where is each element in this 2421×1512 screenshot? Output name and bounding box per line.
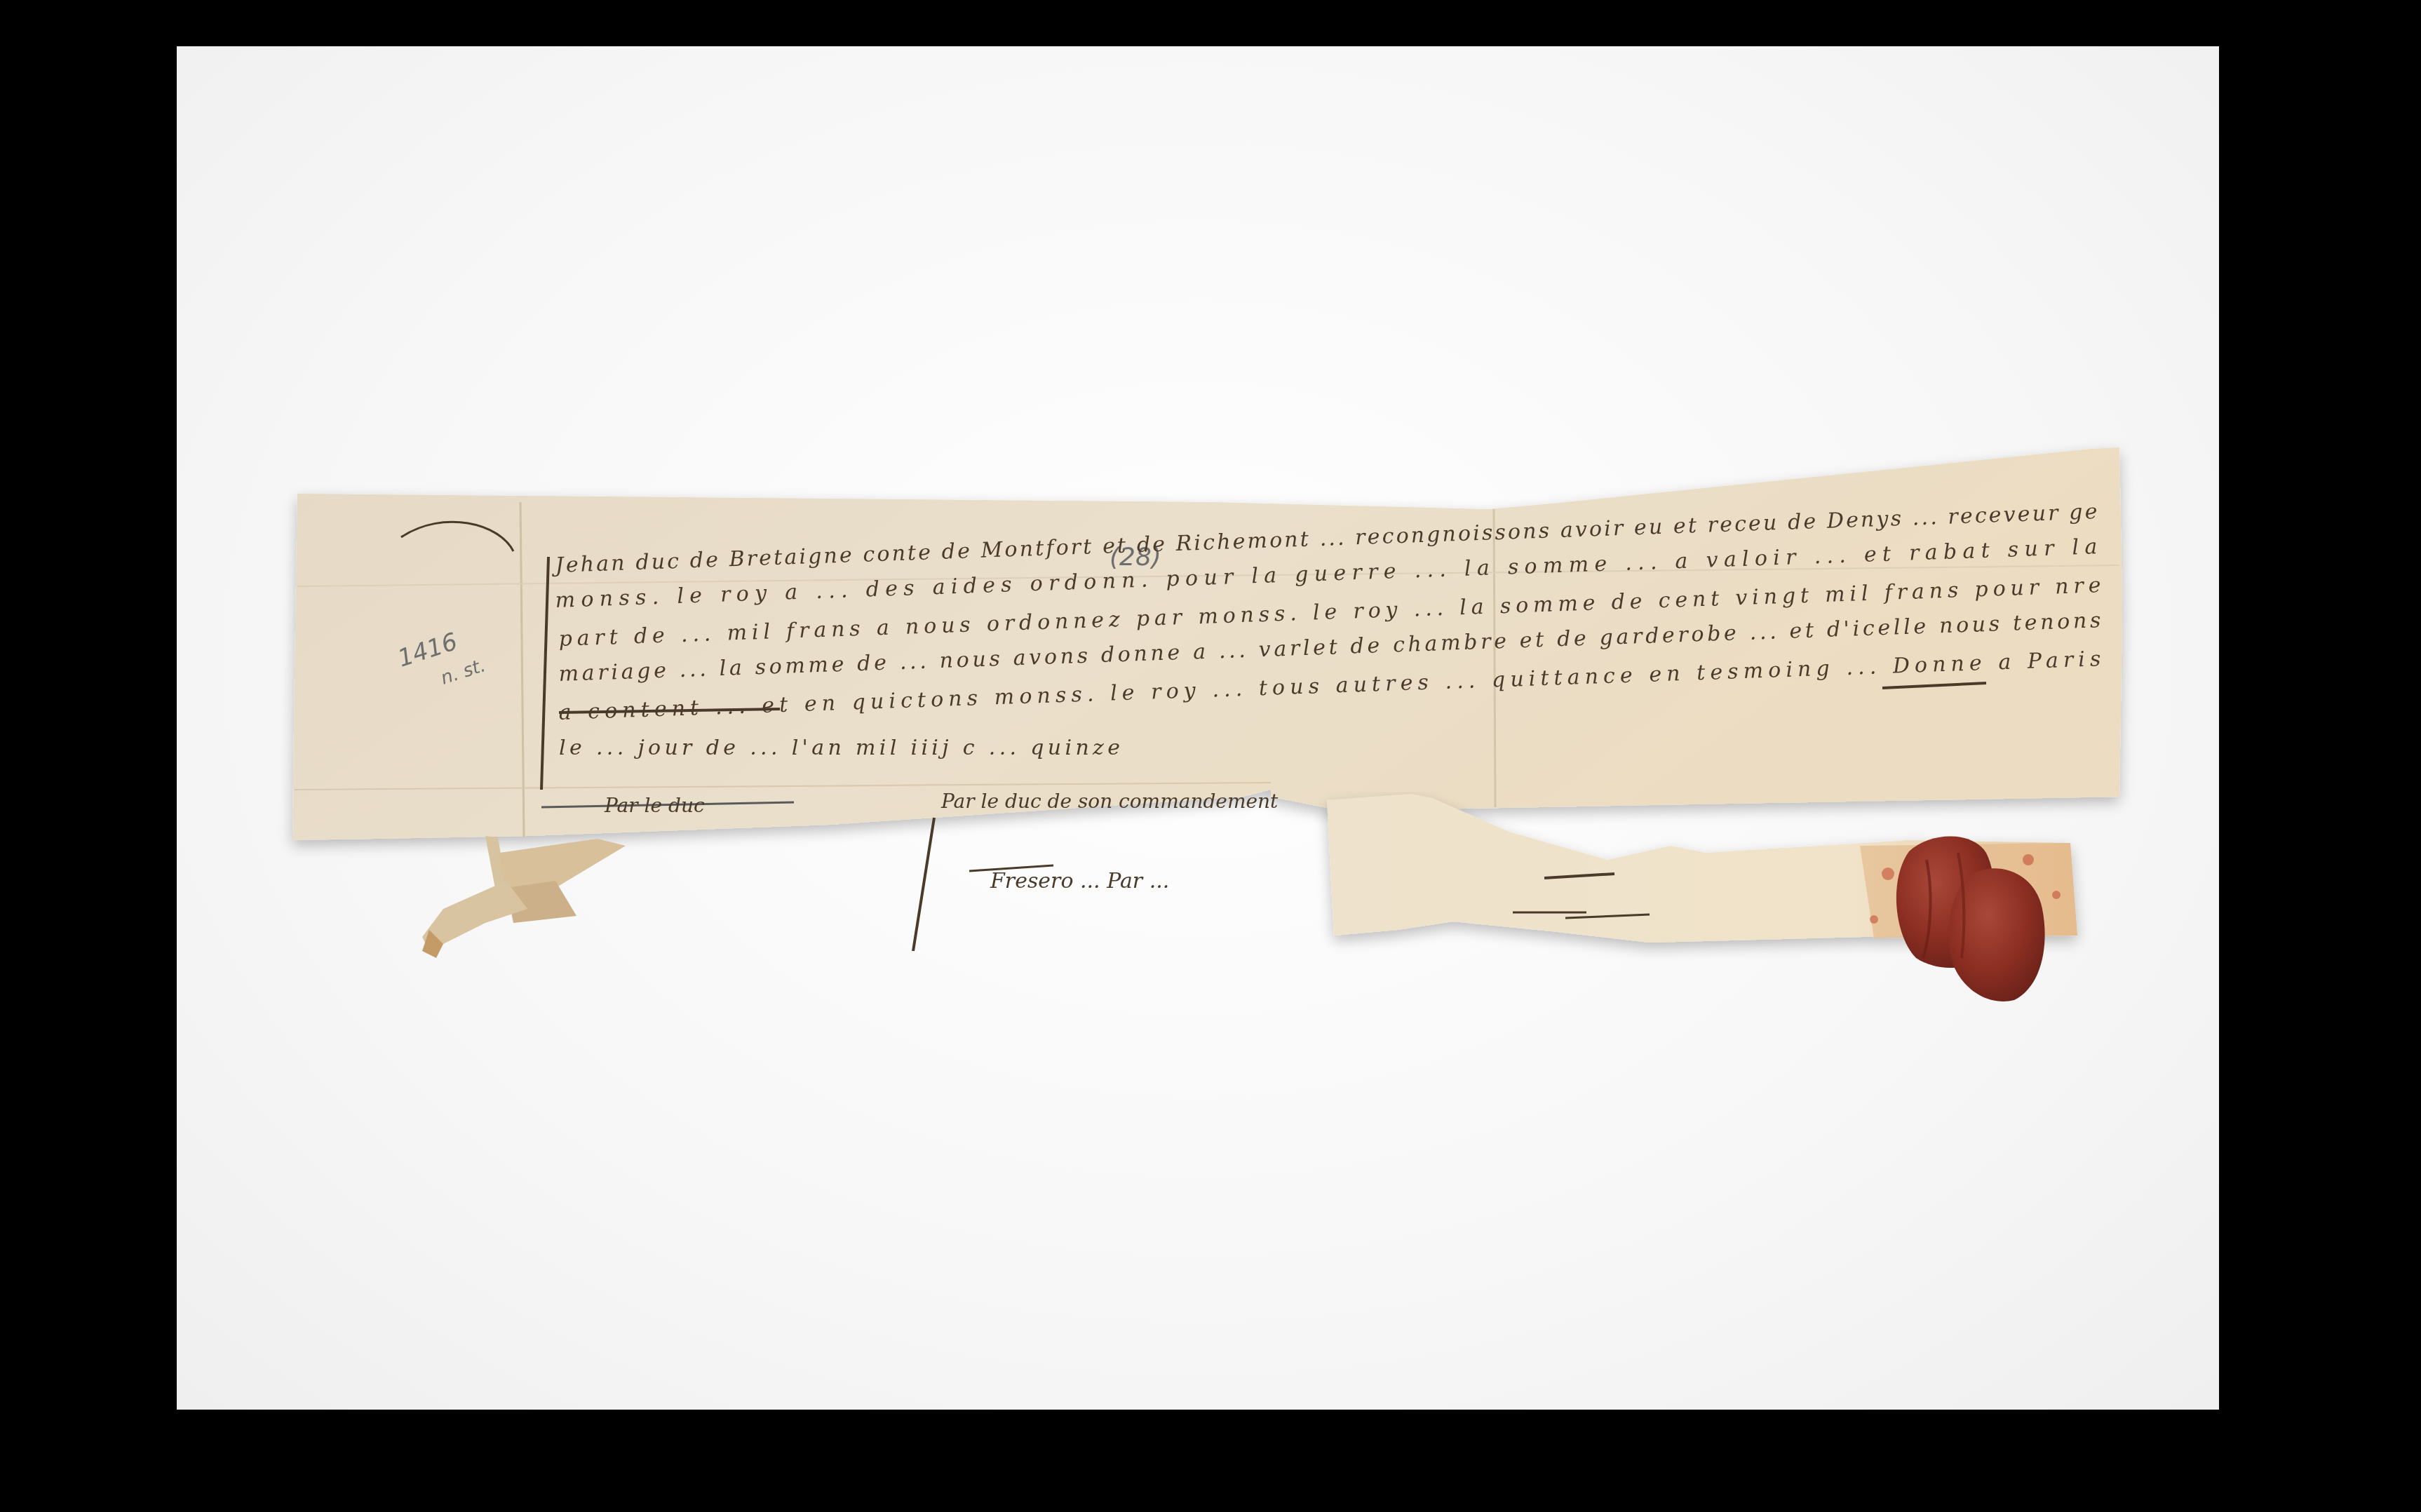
parchment-tie xyxy=(422,836,626,958)
subscription-center: Par le duc de son commandement xyxy=(940,790,1279,813)
text-line-6: le ... jour de ... l'an mil iiij c ... q… xyxy=(559,736,1120,760)
manuscript-photo: (28) 1416 n. st. Jehan duc de Bretaigne … xyxy=(177,46,2219,1410)
secretary-signature: Fresero ... Par ... xyxy=(990,869,1169,893)
subscription-left: Par le duc xyxy=(604,794,705,817)
charter-illustration: (28) 1416 n. st. Jehan duc de Bretaigne … xyxy=(177,46,2219,1410)
